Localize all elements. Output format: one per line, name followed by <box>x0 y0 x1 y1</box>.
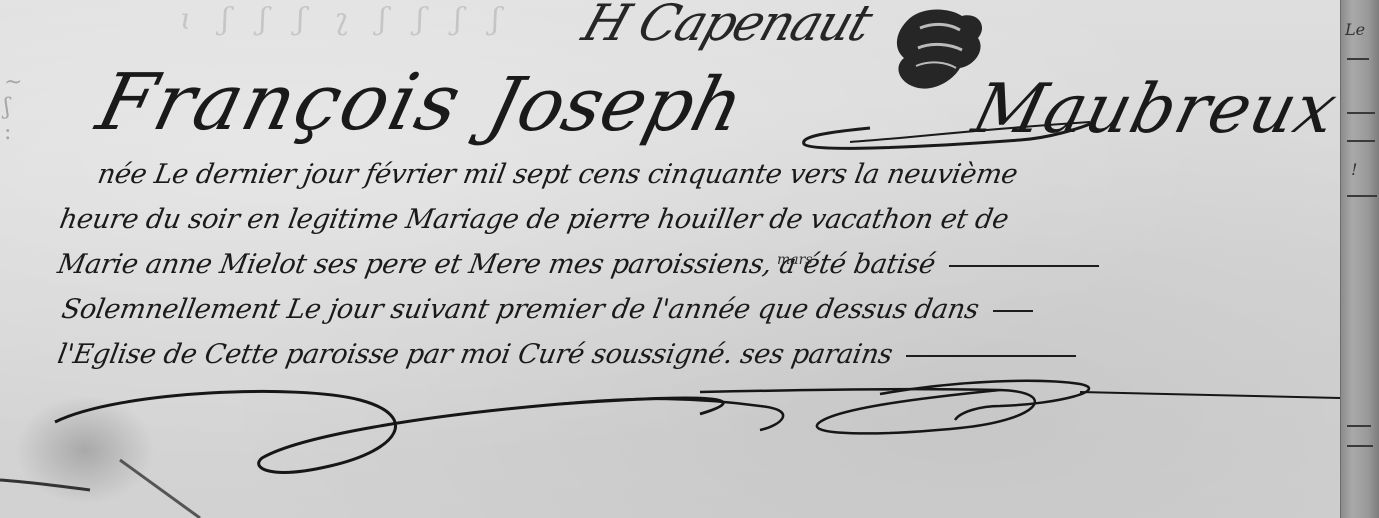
margin-note: ! <box>1351 160 1357 179</box>
binding-mark <box>1347 425 1371 427</box>
binding-mark <box>1347 445 1373 447</box>
bleed-through-text: ɩ ʃ ʃ ʃ ʅ ʃ ʃ ʃ ʃ <box>180 2 510 37</box>
faint-margin-marks: ~ʃ: <box>4 70 22 145</box>
record-line: Marie anne Mielot ses pere et Mere mes p… <box>56 242 1356 287</box>
margin-note: Le <box>1345 20 1365 39</box>
page-binding-edge: Le ! <box>1340 0 1379 518</box>
record-line-text: heure du soir en legitime Mariage de pie… <box>56 197 1012 242</box>
record-line: Solemnellement Le jour suivant premier d… <box>56 287 1356 332</box>
record-line: née Le dernier jour février mil sept cen… <box>56 152 1356 197</box>
line-filler-dash <box>993 310 1033 312</box>
binding-mark <box>1347 58 1369 60</box>
top-signature-fragment: H Capenaut <box>576 0 878 52</box>
line-filler-dash <box>906 355 1076 357</box>
record-line-text: Solemnellement Le jour suivant premier d… <box>58 287 982 332</box>
line-filler-dash <box>949 265 1099 267</box>
first-name: François <box>89 58 471 148</box>
binding-mark <box>1347 195 1377 197</box>
surname: Maubreux <box>965 70 1345 149</box>
document-page: ɩ ʃ ʃ ʃ ʅ ʃ ʃ ʃ ʃ ~ʃ: H Capenaut Françoi… <box>0 0 1379 518</box>
record-line-text: née Le dernier jour février mil sept cen… <box>94 152 1021 197</box>
record-heading: François Joseph Maubreux <box>70 48 1350 148</box>
middle-name: Joseph <box>479 62 751 148</box>
record-body: née Le dernier jour février mil sept cen… <box>56 152 1356 377</box>
closing-flourish-icon <box>0 370 1379 518</box>
binding-mark <box>1347 112 1375 114</box>
interlinear-note: mars <box>777 252 813 268</box>
record-line: heure du soir en legitime Mariage de pie… <box>56 197 1356 242</box>
binding-mark <box>1347 140 1375 142</box>
